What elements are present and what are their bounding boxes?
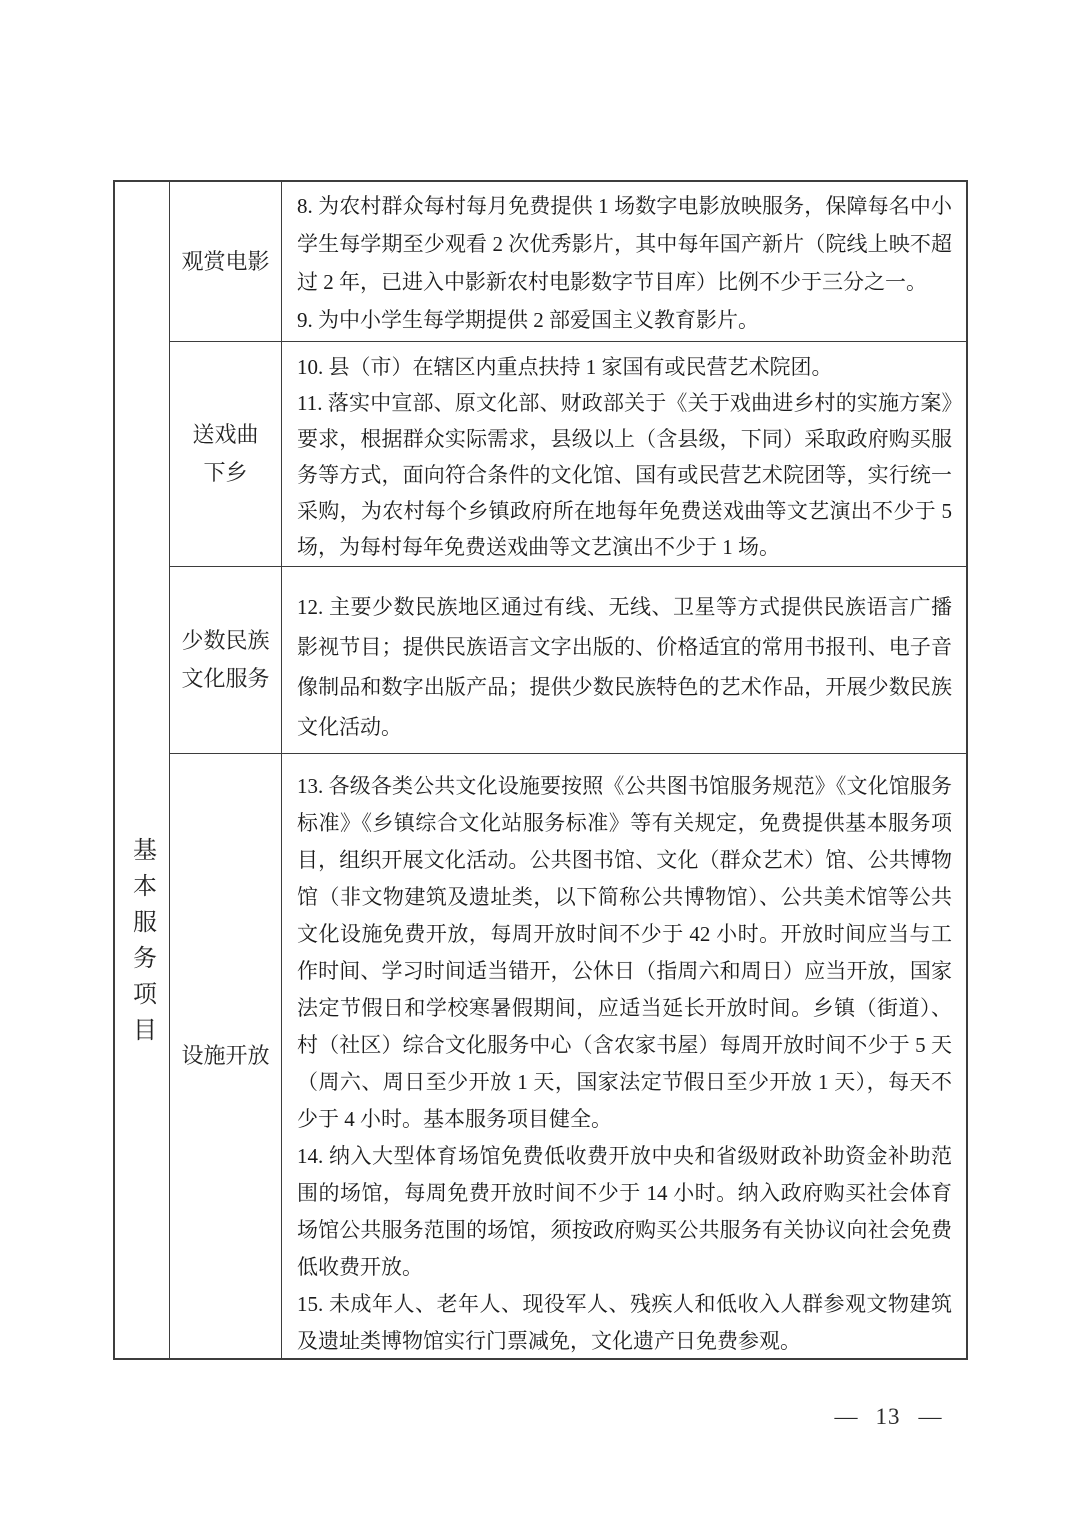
row-label-cell-facility-opening: 设施开放 [170,754,282,1358]
document-page: 基本服务项目 观赏电影 8. 为农村群众每村每月免费提供 1 场数字电影放映服务… [0,0,1074,1520]
row-group-cell: 基本服务项目 [115,182,170,1358]
service-item-13: 13. 各级各类公共文化设施要按照《公共图书馆服务规范》《文化馆服务标准》《乡镇… [297,768,952,1138]
service-item-14: 14. 纳入大型体育场馆免费低收费开放中央和省级财政补助资金补助范围的场馆，每周… [297,1138,952,1286]
row-label-cell-opera-to-countryside: 送戏曲 下乡 [170,342,282,567]
page-number: 13 [876,1404,901,1430]
service-item-15: 15. 未成年人、老年人、现役军人、残疾人和低收入人群参观文物建筑及遗址类博物馆… [297,1286,952,1358]
basic-service-items-table: 基本服务项目 观赏电影 8. 为农村群众每村每月免费提供 1 场数字电影放映服务… [113,180,968,1360]
service-item-10: 10. 县（市）在辖区内重点扶持 1 家国有或民营艺术院团。 [297,349,952,385]
service-item-11: 11. 落实中宣部、原文化部、财政部关于《关于戏曲进乡村的实施方案》要求，根据群… [297,385,952,565]
row-label-line: 少数民族 [181,622,269,660]
row-content-cell-ethnic-minority-culture: 12. 主要少数民族地区通过有线、无线、卫星等方式提供民族语言广播影视节目；提供… [282,567,966,754]
row-label-line: 设施开放 [181,1037,269,1075]
row-label-line: 观赏电影 [181,243,269,281]
row-group-label: 基本服务项目 [125,837,160,1053]
row-label-cell-movie-viewing: 观赏电影 [170,182,282,342]
service-item-8: 8. 为农村群众每村每月免费提供 1 场数字电影放映服务，保障每名中小学生每学期… [297,187,952,301]
footer-left-dash: — [835,1404,858,1430]
footer-right-dash: — [919,1404,942,1430]
row-content-cell-movie-viewing: 8. 为农村群众每村每月免费提供 1 场数字电影放映服务，保障每名中小学生每学期… [282,182,966,342]
service-item-9: 9. 为中小学生每学期提供 2 部爱国主义教育影片。 [297,301,952,339]
row-label-cell-ethnic-minority-culture: 少数民族 文化服务 [170,567,282,754]
row-label-line: 送戏曲 [192,416,258,454]
row-content-cell-facility-opening: 13. 各级各类公共文化设施要按照《公共图书馆服务规范》《文化馆服务标准》《乡镇… [282,754,966,1358]
service-item-12: 12. 主要少数民族地区通过有线、无线、卫星等方式提供民族语言广播影视节目；提供… [297,587,952,747]
page-footer: — 13 — [808,1404,968,1430]
row-content-cell-opera-to-countryside: 10. 县（市）在辖区内重点扶持 1 家国有或民营艺术院团。 11. 落实中宣部… [282,342,966,567]
row-label-line: 下乡 [203,454,247,492]
row-label-line: 文化服务 [181,660,269,698]
